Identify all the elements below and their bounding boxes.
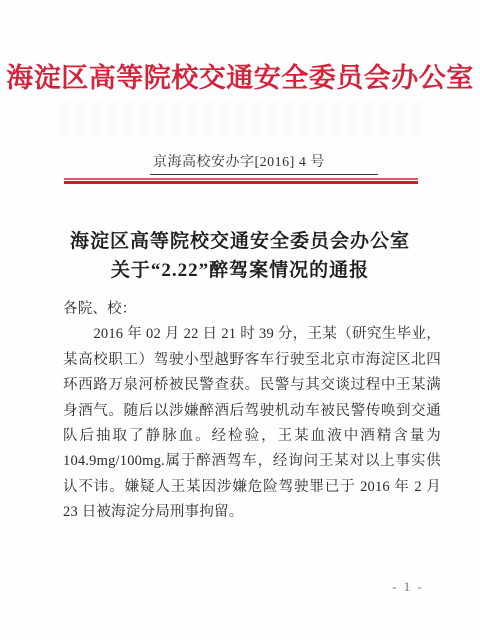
- scan-bleedthrough: [60, 102, 430, 136]
- document-title: 海淀区高等院校交通安全委员会办公室 关于“2.22”醉驾案情况的通报: [0, 227, 480, 285]
- letterhead-title: 海淀区高等院校交通安全委员会办公室: [0, 56, 480, 95]
- document-page: 海淀区高等院校交通安全委员会办公室 京海高校安办字[2016] 4 号 海淀区高…: [0, 0, 480, 640]
- document-title-line1: 海淀区高等院校交通安全委员会办公室: [0, 227, 480, 256]
- doc-number: 京海高校安办字[2016] 4 号: [150, 151, 378, 171]
- doc-number-underline: 京海高校安办字[2016] 4 号: [150, 151, 378, 175]
- salutation: 各院、校：: [63, 297, 441, 322]
- document-title-line2: 关于“2.22”醉驾案情况的通报: [0, 256, 480, 285]
- red-rule-thick-line: [64, 181, 418, 184]
- page-number: - 1 -: [384, 579, 432, 595]
- body-paragraph: 2016 年 02 月 22 日 21 时 39 分，王某（研究生毕业，某高校职…: [63, 322, 441, 525]
- document-body: 各院、校： 2016 年 02 月 22 日 21 时 39 分，王某（研究生毕…: [63, 297, 441, 526]
- red-divider-rule: [64, 178, 418, 184]
- red-rule-thin-line: [64, 178, 418, 180]
